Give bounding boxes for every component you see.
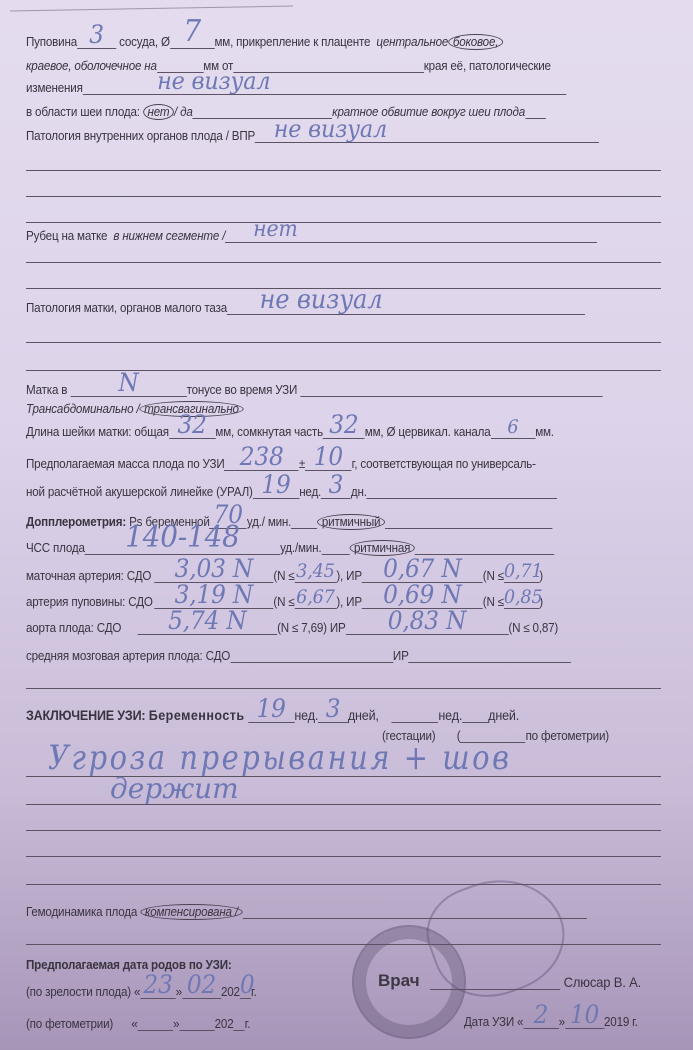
label-fhr: ЧСС плода [26,541,85,555]
vessels-field[interactable]: 3 [77,34,116,49]
label-changes: изменения [26,81,83,95]
tone-extra-field[interactable] [300,382,602,397]
changes-field[interactable]: не визуал [83,80,567,95]
uterus-pathology-field[interactable]: не визуал [227,300,585,315]
fhr-field[interactable]: 140-148 [85,540,280,555]
umbilical-cord-row: Пуповина3 сосуда, Ø7мм, прикрепление к п… [26,34,617,49]
doppler-row-uterine: маточная артерия: СДО3,03 N(N ≤3,45), ИР… [26,568,617,583]
due-month-value: 02 [182,972,221,997]
aorta-ir-value: 0,83 N [346,608,509,633]
cervix-total-field[interactable]: 32 [169,424,216,439]
label-uterine-artery: маточная артерия: СДО [26,569,154,583]
ural-row: ной расчётной акушерской линейке (УРАЛ)1… [26,484,617,499]
umbilical-ir-value: 0,69 N [362,582,483,607]
umbilical-changes-row: измененияне визуал [26,80,617,95]
umbilical-sdo-norm-field[interactable]: 6,67 [295,594,337,609]
label-year: г. [245,1017,251,1031]
label-mca-ir: ИР [393,649,409,663]
due-month-field[interactable]: 02 [182,984,221,999]
scar-value: нет [225,219,597,241]
conclusion-days-value: 3 [318,696,348,721]
exam-day-value: 2 [523,1002,558,1027]
uterine-sdo-norm-value: 3,45 [295,562,337,581]
blank-line [26,688,661,689]
ultrasound-report-form: Пуповина3 сосуда, Ø7мм, прикрепление к п… [0,0,693,1050]
cervix-total-value: 32 [169,412,216,437]
uterus-pathology-row: Патология матки, органов малого тазане в… [26,300,617,315]
due-year-value: 0 [240,972,251,997]
blank-line [26,884,661,885]
ps-rhythm-blank[interactable] [291,514,317,529]
label-attach: мм, прикрепление к плаценте [214,35,370,49]
weight-row: Предполагаемая масса плода по УЗИ238±10г… [26,456,617,471]
exam-month-field[interactable]: 10 [565,1014,604,1029]
fhr-rhythm-blank[interactable] [321,540,349,555]
label-norm: (N ≤ [273,595,294,609]
divider [10,6,293,12]
label-weeks: нед. [299,485,321,499]
label-neck: в области шеи плода: [26,105,140,119]
label-fetal-pathology: Патология внутренних органов плода / ВПР [26,129,255,143]
blank-line [26,262,661,263]
label-bpm2: уд./мин. [280,541,321,555]
cervix-canal-value: 6 [491,418,536,437]
tone-row: Матка в Nтонусе во время УЗИ [26,382,617,397]
fetal-pathology-field[interactable]: не визуал [255,128,599,143]
fhr-extra-field[interactable] [415,540,555,555]
label-by-maturity: (по зрелости плода) « [26,985,140,999]
aorta-sdo-field[interactable]: 5,74 N [138,620,278,635]
label-uterus-pathology: Патология матки, органов малого таза [26,301,227,315]
label-norm-aorta-ir: (N ≤ 0,87) [508,621,558,635]
label-ir: ), ИР [336,595,362,609]
exam-date-row: Дата УЗИ «2»102019 г. [464,1014,672,1029]
label-norm-aorta-sdo: (N ≤ 7,69) ИР [277,621,346,635]
label-norm: (N ≤ [483,569,504,583]
label-weeks2: нед. [438,708,462,723]
mca-sdo-field[interactable] [230,648,393,663]
umbilical-sdo-value: 3,19 N [154,582,273,607]
uterine-ir-norm-field[interactable]: 0,71 [504,568,539,583]
signature-field[interactable] [430,975,560,990]
conclusion-weeks-field[interactable]: 19 [248,708,295,723]
weight-error-field[interactable]: 10 [305,456,352,471]
ural-days-value: 3 [321,472,351,497]
ural-days-field[interactable]: 3 [321,484,351,499]
ps-extra-field[interactable] [385,514,552,529]
label-weeks: нед. [294,708,318,723]
label-tone-a: Матка в [26,383,67,397]
fhr-row: ЧСС плода140-148уд./мин.ритмичная [26,540,617,555]
uterine-ir-norm-value: 0,71 [504,562,539,581]
cervix-closed-value: 32 [323,412,365,437]
uterine-sdo-value: 3,03 N [154,556,273,581]
label-weight-after: г, соответствующая по универсаль- [352,457,536,471]
ps-rhythm-selected[interactable]: ритмичный [317,514,385,530]
diameter-value: 7 [170,17,215,47]
conclusion-text-line-2: держит [110,772,239,805]
label-tone-b: тонусе во время УЗИ [187,383,298,397]
ural-extra-field[interactable] [367,484,558,499]
umbilical-ir-norm-value: 0,85 [504,588,539,607]
doppler-row-umbilical: артерия пуповины: СДО3,19 N(N ≤6,67), ИР… [26,594,617,609]
label-cervix: Длина шейки матки: общая [26,425,169,439]
aorta-sdo-value: 5,74 N [138,608,278,633]
fetometry-year-prefix: 202 [215,1017,234,1031]
fetometry-weeks-field[interactable] [392,708,439,723]
cervix-canal-field[interactable]: 6 [491,424,536,439]
option-compensated-selected[interactable]: компенсирована / [140,904,242,920]
uterus-pathology-value: не визуал [227,287,585,313]
doctor-name: Слюсар В. А. [564,974,641,990]
umbilical-sdo-norm-value: 6,67 [295,588,337,607]
fetometry-month-field[interactable] [179,1016,214,1031]
conclusion-weeks-value: 19 [248,696,295,721]
conclusion-days-field[interactable]: 3 [318,708,348,723]
uterine-ir-value: 0,67 N [362,556,483,581]
diameter-field[interactable]: 7 [170,34,215,49]
blank-line [26,342,661,343]
label-ural: ной расчётной акушерской линейке (УРАЛ) [26,485,253,499]
uterine-sdo-norm-field[interactable]: 3,45 [295,568,337,583]
label-by-fetometry: по фетометрии) [526,729,609,743]
blank-line [26,196,661,197]
label-fetal-aorta: аорта плода: СДО [26,621,138,635]
option-no-selected[interactable]: нет [143,104,174,120]
due-year-field[interactable]: 0 [240,984,251,999]
fetometry-days-field[interactable] [462,708,488,723]
label-norm: (N ≤ [483,595,504,609]
tone-value: N [70,370,186,395]
label-scar: Рубец на матке [26,229,107,243]
doctor-row: Слюсар В. А. [430,974,665,990]
aorta-ir-field[interactable]: 0,83 N [346,620,509,635]
tone-field[interactable]: N [70,382,186,397]
label-days2: дней. [488,708,519,723]
label-umbilical-artery: артерия пуповины: СДО [26,595,154,609]
option-yes[interactable]: / да [174,105,193,119]
label-cervix-closed: мм, сомкнутая часть [215,425,323,439]
due-day-value: 23 [140,972,175,997]
label-norm: (N ≤ [273,569,294,583]
mca-ir-field[interactable] [409,648,572,663]
blank-line [26,830,661,831]
label-by-fetometry-date: (по фетометрии) [26,1017,113,1031]
label-days: дней, [348,708,379,723]
label-unit-mm: мм. [535,425,554,439]
label-ir: ), ИР [336,569,362,583]
label-scar-segment: в нижнем сегменте / [113,229,225,243]
fetal-pathology-row: Патология внутренних органов плода / ВПР… [26,128,617,143]
fetometry-day-field[interactable] [138,1016,173,1031]
doppler-row-mca: средняя мозговая артерия плода: СДОИР [26,648,617,663]
weight-field[interactable]: 238 [225,456,299,471]
weight-error-value: 10 [305,444,352,469]
blank-line [26,856,661,857]
label-vessels: сосуда, Ø [119,35,170,49]
scar-row: Рубец на матке в нижнем сегменте /нет [26,228,617,243]
label-weight: Предполагаемая масса плода по УЗИ [26,457,225,471]
option-central[interactable]: центральное [376,35,448,49]
method-row: Трансабдоминально /трансвагинально [26,402,617,416]
due-day-field[interactable]: 23 [140,984,175,999]
blank-line [26,944,661,945]
due-year-prefix: 202 [221,985,240,999]
label-days: дн. [351,485,367,499]
umbilical-ir-norm-field[interactable]: 0,85 [504,594,539,609]
due-date-title-row: Предполагаемая дата родов по УЗИ: [26,958,617,972]
vessels-value: 3 [77,22,116,47]
weight-value: 238 [225,444,299,469]
changes-value: не визуал [83,69,567,93]
label-exam-date: Дата УЗИ « [464,1015,523,1029]
cervix-row: Длина шейки матки: общая32мм, сомкнутая … [26,424,617,439]
ural-weeks-value: 19 [253,472,300,497]
fetal-pathology-value: не визуал [255,117,599,141]
exam-year: 2019 г. [604,1015,638,1029]
option-lateral-selected[interactable]: боковое, [448,34,503,50]
ural-weeks-field[interactable]: 19 [253,484,300,499]
option-transabdominal[interactable]: Трансабдоминально / [26,402,140,416]
label-cervix-canal: мм, Ø цервикал. канала [365,425,491,439]
label-cord: Пуповина [26,35,77,49]
label-mca: средняя мозговая артерия плода: СДО [26,649,230,663]
blank-line [26,170,661,171]
exam-day-field[interactable]: 2 [523,1014,558,1029]
exam-month-value: 10 [565,1002,604,1027]
fhr-value: 140-148 [85,523,280,553]
label-hemodynamics: Гемодинамика плода [26,905,137,919]
conclusion-title: ЗАКЛЮЧЕНИЕ УЗИ: [26,708,145,723]
scar-field[interactable]: нет [225,228,597,243]
doppler-row-aorta: аорта плода: СДО5,74 N(N ≤ 7,69) ИР0,83 … [26,620,617,635]
conclusion-row: ЗАКЛЮЧЕНИЕ УЗИ: Беременность 19нед.3дней… [26,708,617,723]
label-pregnancy: Беременность [149,708,245,723]
fetometry-year-field[interactable] [233,1016,244,1031]
cervix-closed-field[interactable]: 32 [323,424,365,439]
